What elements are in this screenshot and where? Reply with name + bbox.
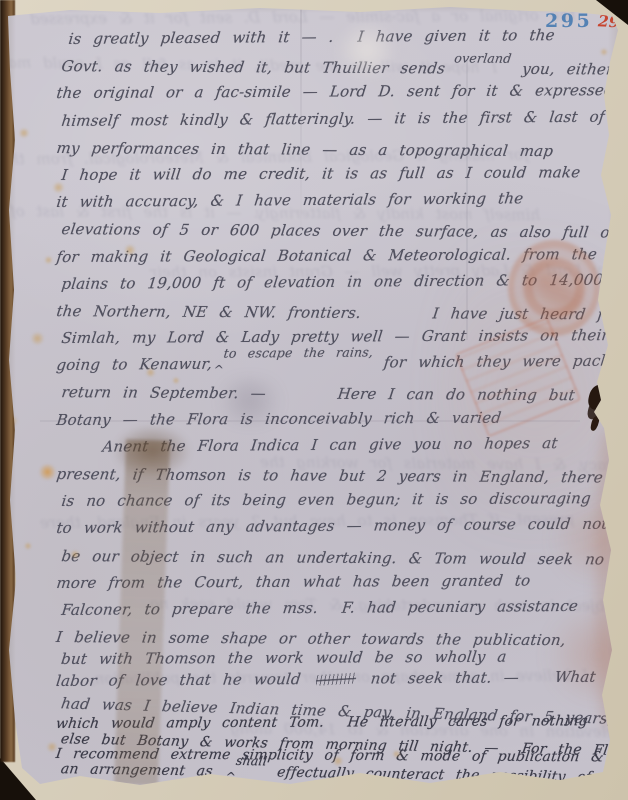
letter-photograph: the original or a fac-simile — Lord D. s… [0,0,628,800]
letter-line: to work without any advantages — money o… [48,515,628,547]
letter-line: Falconer, to prepare the mss. F. had pec… [48,596,628,628]
letter-line: which would amply content Tom. He litera… [49,713,628,731]
foxing-stain [18,128,30,138]
interlinear-insert: to escape the rains, [223,345,374,361]
letter-line: the original or a fac-simile — Lord D. s… [48,81,628,111]
letter-line: Anent the Flora Indica I can give you no… [48,433,628,465]
foxing-stain [24,542,32,550]
letter-line: labor of love that he would not seek tha… [49,667,628,694]
interlinear-insert: shall [235,753,268,768]
insertion-caret: ^ [213,363,225,377]
letter-line: himself most kindly & flatteringly. — it… [48,107,628,139]
stamped-folio-number: 295 [545,10,592,32]
letter-page: the original or a fac-simile — Lord D. s… [0,0,628,800]
strikethrough-scribble [315,673,356,686]
letter-line: going to Kenawur,^to escape the rains, f… [48,352,628,384]
interlinear-insert: overland [454,51,513,66]
letter-lines: is greatly pleased with it — . I have gi… [50,30,628,776]
foxing-stain [30,332,45,345]
letter-line: is greatly pleased with it — . I have gi… [48,25,628,57]
letter-line: plains to 19,000 ft of elevation in one … [48,270,628,302]
letter-line: it with accuracy, & I have materials for… [48,188,628,220]
